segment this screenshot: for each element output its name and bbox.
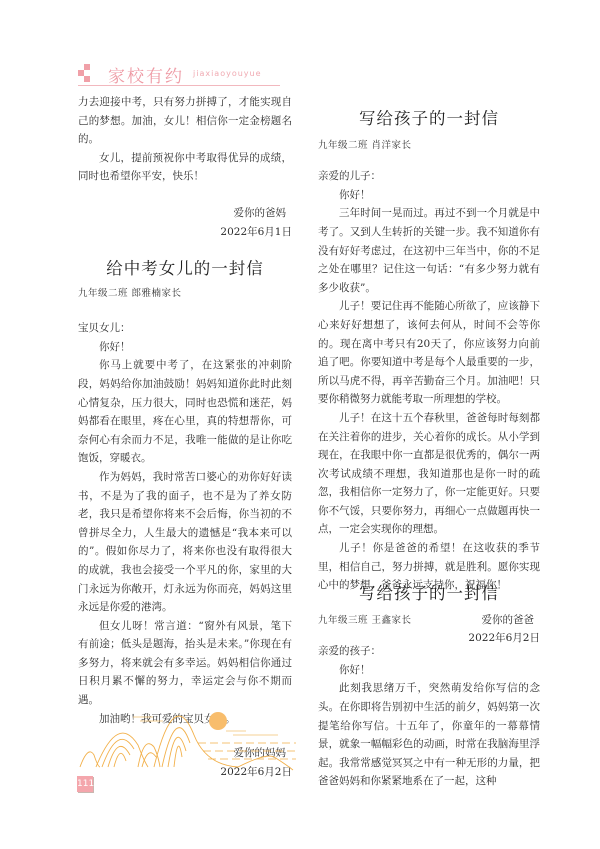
letter-title: 写给孩子的一封信 — [318, 585, 540, 604]
mountains-sun-illustration — [78, 695, 298, 775]
letter-title: 写给孩子的一封信 — [318, 110, 540, 129]
greeting: 你好！ — [318, 661, 540, 680]
section-title: 家校有约 — [108, 62, 184, 87]
salutation: 亲爱的孩子： — [318, 642, 540, 661]
paragraph: 力去迎接中考，只有努力拼搏了，才能实现自己的梦想。加油，女儿！相信你一定金榜题名… — [78, 93, 292, 149]
section-header: 家校有约 jiaxiaoyouyue — [78, 60, 280, 86]
letter-author: 九年级二班 肖洋家长 — [318, 137, 540, 156]
paragraph: 三年时间一晃而过。再过不到一个月就是中考了。又到人生转折的关键一步。我不知道你有… — [318, 204, 540, 297]
paragraph: 你马上就要中考了，在这紧张的冲刺阶段，妈妈给你加油鼓励！妈妈知道你此时此刻心情复… — [78, 356, 292, 468]
letter-author: 九年级三班 王鑫家长 — [318, 612, 540, 631]
greeting: 你好！ — [318, 186, 540, 205]
letter-child: 写给孩子的一封信 九年级三班 王鑫家长 亲爱的孩子： 你好！ 此刻我思绪万千，突… — [318, 585, 540, 791]
paragraph: 作为妈妈，我时常苦口婆心的劝你好好读书，不是为了我的面子，也不是为了养女防老，我… — [78, 468, 292, 617]
paragraph: 此刻我思绪万千，突然萌发给你写信的念头。在你即将告别初中生活的前夕，妈妈第一次提… — [318, 679, 540, 791]
letter-title: 给中考女儿的一封信 — [78, 260, 292, 279]
paragraph: 儿子！在这十五个春秋里，爸爸每时每刻都在关注着你的进步，关心着你的成长。从小学到… — [318, 409, 540, 539]
mountains-icon — [78, 695, 298, 775]
greeting: 你好！ — [78, 338, 292, 357]
sun-icon — [209, 712, 227, 730]
section-logo-icon — [78, 64, 92, 82]
header-divider — [78, 85, 280, 86]
salutation: 亲爱的儿子： — [318, 167, 540, 186]
letter-author: 九年级二班 郎雅楠家长 — [78, 285, 292, 304]
paragraph: 女儿，提前预祝你中考取得优异的成绩，同时也希望你平安，快乐！ — [78, 149, 292, 186]
section-pinyin: jiaxiaoyouyue — [193, 69, 262, 78]
paragraph: 儿子！要记住再不能随心所欲了，应该静下心来好好想想了，该何去何从，时间不会等你的… — [318, 297, 540, 409]
page-number: 111 — [77, 776, 93, 792]
date: 2022年6月1日 — [78, 223, 292, 242]
continued-letter: 力去迎接中考，只有努力拼搏了，才能实现自己的梦想。加油，女儿！相信你一定金榜题名… — [78, 93, 292, 241]
salutation: 宝贝女儿： — [78, 319, 292, 338]
letter-son: 写给孩子的一封信 九年级二班 肖洋家长 亲爱的儿子： 你好！ 三年时间一晃而过。… — [318, 110, 540, 648]
signature: 爱你的爸妈 — [78, 204, 292, 223]
